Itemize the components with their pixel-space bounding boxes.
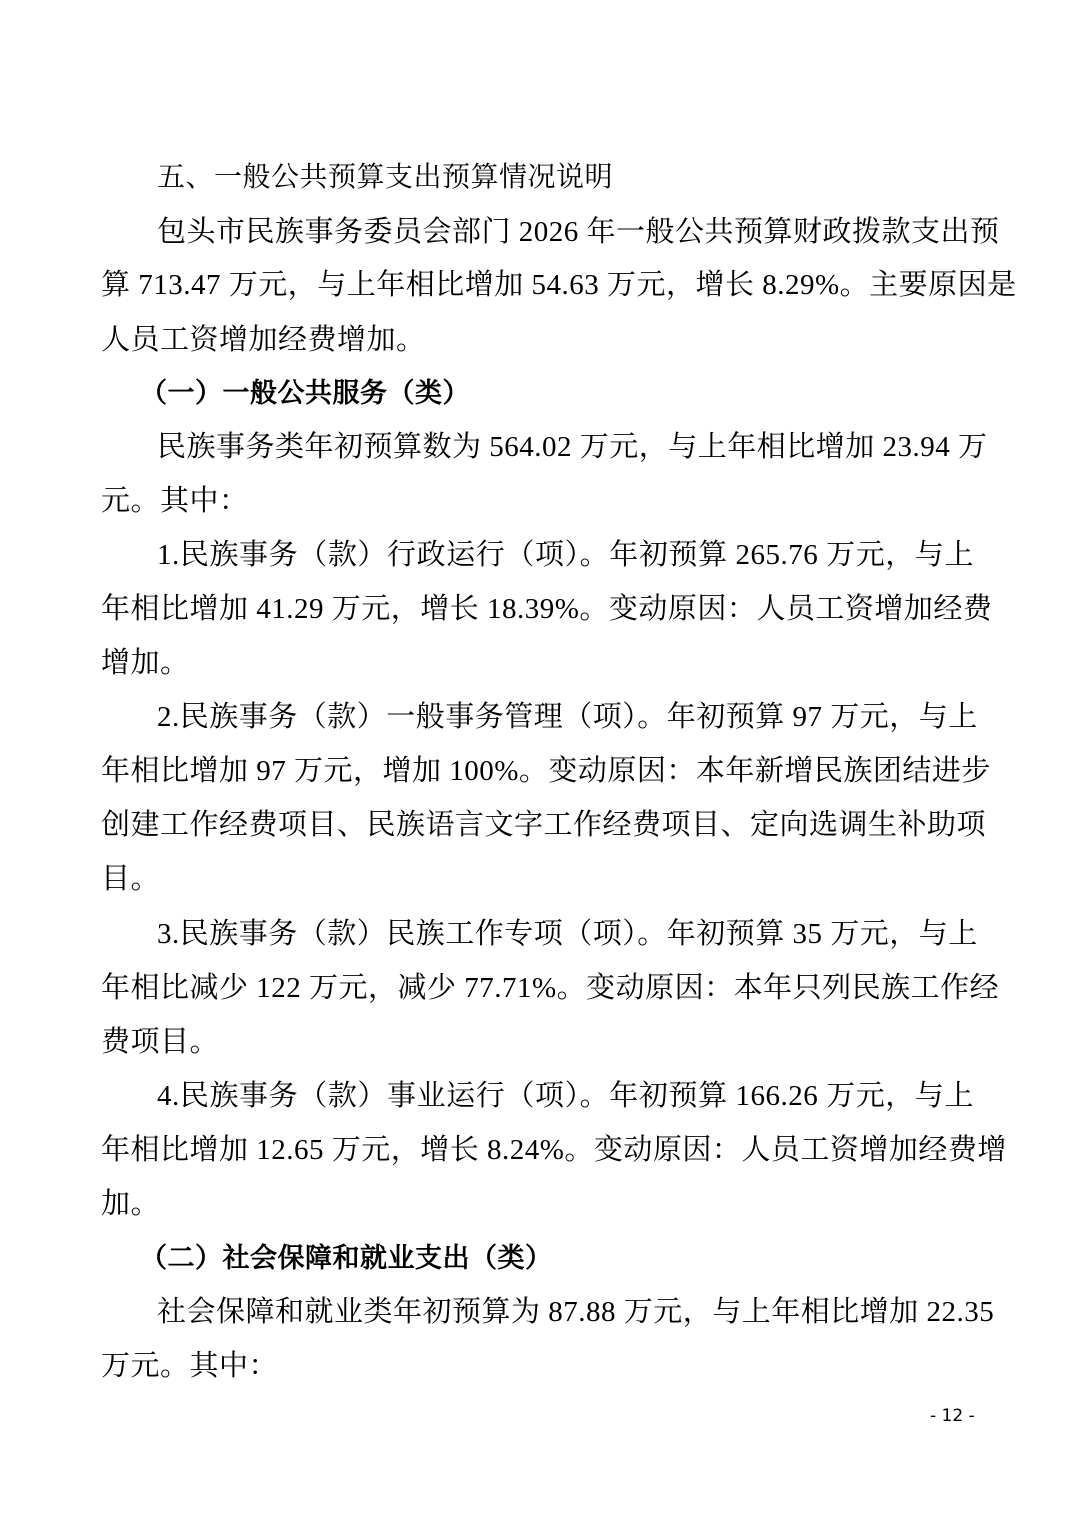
- document-page: 五、一般公共预算支出预算情况说明 包头市民族事务委员会部门 2026 年一般公共…: [0, 0, 1075, 1520]
- section-title: 五、一般公共预算支出预算情况说明: [157, 160, 613, 194]
- item-3-line-1: 3.民族事务（款）民族工作专项（项）。年初预算 35 万元，与上: [157, 917, 974, 951]
- item-1-line-1: 1.民族事务（款）行政运行（项）。年初预算 265.76 万元，与上: [157, 538, 974, 572]
- item-3-line-3: 费项目。: [101, 1025, 219, 1059]
- item-4-line-1: 4.民族事务（款）事业运行（项）。年初预算 166.26 万元，与上: [157, 1079, 974, 1113]
- intro-line-1: 包头市民族事务委员会部门 2026 年一般公共预算财政拨款支出预: [157, 215, 974, 249]
- item-1-line-3: 增加。: [101, 646, 190, 680]
- subsection-2-summary-line-1: 社会保障和就业类年初预算为 87.88 万元，与上年相比增加 22.35: [157, 1295, 974, 1329]
- intro-line-3: 人员工资增加经费增加。: [101, 323, 426, 357]
- intro-line-2: 算 713.47 万元，与上年相比增加 54.63 万元，增长 8.29%。主要…: [101, 268, 973, 302]
- subsection-1-title: （一）一般公共服务（类）: [140, 376, 470, 410]
- subsection-1-summary-line-2: 元。其中：: [101, 484, 249, 518]
- item-1-line-2: 年相比增加 41.29 万元，增长 18.39%。变动原因：人员工资增加经费: [101, 592, 973, 626]
- item-4-line-3: 加。: [101, 1187, 160, 1221]
- subsection-2-summary-line-2: 万元。其中：: [101, 1349, 278, 1383]
- item-2-line-4: 目。: [101, 862, 160, 896]
- subsection-2-title: （二）社会保障和就业支出（类）: [140, 1241, 553, 1275]
- item-2-line-3: 创建工作经费项目、民族语言文字工作经费项目、定向选调生补助项: [101, 808, 973, 842]
- item-3-line-2: 年相比减少 122 万元，减少 77.71%。变动原因：本年只列民族工作经: [101, 971, 973, 1005]
- item-2-line-1: 2.民族事务（款）一般事务管理（项）。年初预算 97 万元，与上: [157, 700, 974, 734]
- page-number: - 12 -: [930, 1406, 975, 1426]
- subsection-1-summary-line-1: 民族事务类年初预算数为 564.02 万元，与上年相比增加 23.94 万: [157, 430, 974, 464]
- item-2-line-2: 年相比增加 97 万元，增加 100%。变动原因：本年新增民族团结进步: [101, 754, 973, 788]
- item-4-line-2: 年相比增加 12.65 万元，增长 8.24%。变动原因：人员工资增加经费增: [101, 1133, 973, 1167]
